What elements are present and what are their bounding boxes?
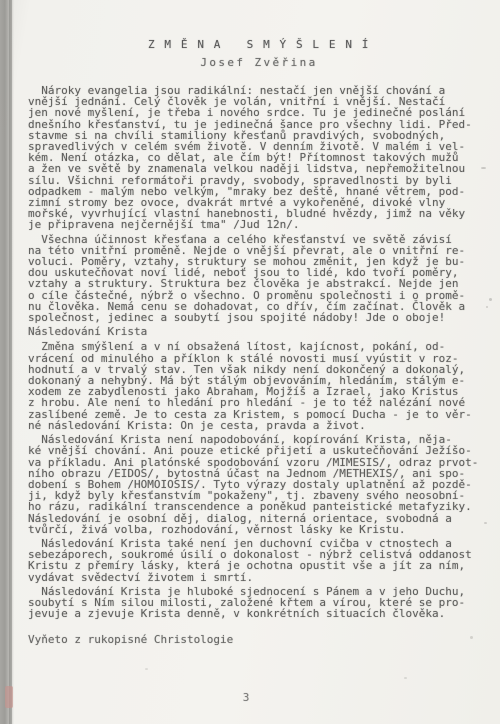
scan-speck bbox=[145, 668, 148, 670]
scan-speck bbox=[427, 135, 431, 138]
scan-speck bbox=[481, 167, 486, 169]
document-title: Z M Ě N A S M Ý Š L E N Í bbox=[0, 38, 500, 51]
paragraph: Nároky evangelia jsou radikální: nestačí… bbox=[28, 85, 490, 231]
source-note: Vyňeto z rukopisné Christologie bbox=[28, 634, 233, 645]
scan-speck bbox=[484, 522, 487, 524]
page-number: 3 bbox=[0, 691, 492, 704]
paragraph: Následování Krista je hluboké sjednocení… bbox=[28, 586, 490, 620]
scan-speck bbox=[365, 590, 367, 592]
scan-speck bbox=[240, 141, 243, 143]
paragraph: Následování Krista není napodobování, ko… bbox=[28, 434, 490, 535]
scan-speck bbox=[404, 677, 407, 679]
paragraph: Následování Krista také není jen duchovn… bbox=[28, 538, 490, 583]
scan-speck bbox=[489, 298, 492, 301]
scan-edge-line bbox=[9, 0, 12, 724]
document-author: Josef Zvěřina bbox=[0, 56, 500, 69]
scanned-document-page: Z M Ě N A S M Ý Š L E N Í Josef Zvěřina … bbox=[0, 0, 500, 724]
scan-speck bbox=[470, 636, 473, 639]
paragraph: Změna smýšlení a v ní obsažená lítost, k… bbox=[28, 341, 490, 431]
paragraph: Všechna účinnost křesťana a celého křesť… bbox=[28, 234, 490, 324]
scan-speck bbox=[486, 306, 488, 308]
document-body: Nároky evangelia jsou radikální: nestačí… bbox=[28, 85, 490, 622]
section-heading: Následování Krista bbox=[28, 326, 490, 337]
